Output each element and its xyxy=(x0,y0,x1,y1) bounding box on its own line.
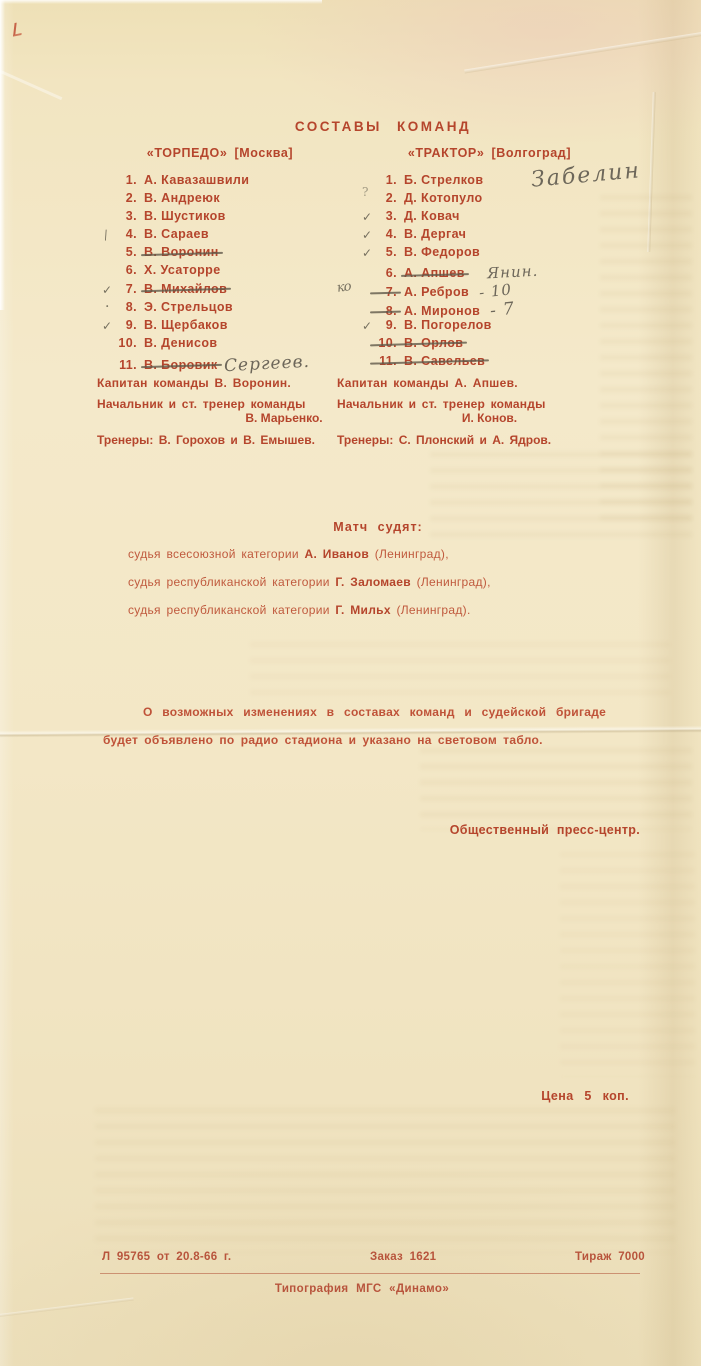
player-entry: 4.В. Сараев xyxy=(113,227,209,241)
player-row: ко7.А. Ребров- 10 xyxy=(373,282,642,300)
player-row: 11.В. Савельев xyxy=(373,354,642,372)
show-through-smudge xyxy=(250,642,670,697)
player-number: 4. xyxy=(113,227,137,241)
player-name: Д. Котопуло xyxy=(404,191,483,205)
player-row: 3.В. Шустиков xyxy=(113,209,343,227)
referee-line: судья республиканской категории Г. Залом… xyxy=(128,576,701,589)
pencil-question-mark: ? xyxy=(362,185,369,199)
player-row: 8.А. Миронов- 7 xyxy=(373,300,642,318)
team-name-traktor: «ТРАКТОР» [Волгоград] xyxy=(337,146,642,160)
player-entry: 10.В. Денисов xyxy=(113,336,218,350)
pencil-check-mark: ✓ xyxy=(362,210,372,224)
player-row: ✓5.В. Федоров xyxy=(373,245,642,263)
player-row: ✓4.В. Дергач xyxy=(373,227,642,245)
player-row: 6.Х. Усаторре xyxy=(113,263,343,281)
player-entry: 1.А. Кавазашвили xyxy=(113,173,249,187)
player-entry: 1.Б. Стрелков xyxy=(373,173,483,187)
player-number: 3. xyxy=(373,209,397,223)
player-row: ✓3.Д. Ковач xyxy=(373,209,642,227)
player-number: 8. xyxy=(113,300,137,314)
player-name: В. Андреюк xyxy=(144,191,220,205)
player-number: 5. xyxy=(113,245,137,259)
notice-line-2: будет объявлено по радио стадиона и указ… xyxy=(103,726,643,754)
player-entry: 8.А. Миронов xyxy=(373,304,480,318)
referee-name: А. Иванов xyxy=(305,547,370,561)
player-name: В. Федоров xyxy=(404,245,480,259)
referee-city: (Ленинград), xyxy=(417,575,491,589)
referee-city: (Ленинград), xyxy=(375,547,449,561)
referee-line: судья всесоюзной категории А. Иванов (Ле… xyxy=(128,548,701,561)
player-entry: 9.В. Погорелов xyxy=(373,318,492,332)
price-label: Цена 5 коп. xyxy=(447,1089,629,1103)
referees-section: Матч судят: судья всесоюзной категории А… xyxy=(0,520,701,617)
referee-category: судья всесоюзной категории xyxy=(128,547,299,561)
imprint-print-run: Тираж 7000 xyxy=(575,1251,645,1263)
pencil-check-mark: ✓ xyxy=(102,283,112,297)
player-name: В. Шустиков xyxy=(144,209,226,223)
player-row: 11.В. БоровикСергеев. xyxy=(113,354,343,372)
player-entry: 5.В. Воронин xyxy=(113,245,219,259)
handwritten-note: - 10 xyxy=(478,280,513,301)
player-number: 3. xyxy=(113,209,137,223)
referee-name: Г. Мильх xyxy=(335,603,390,617)
player-number: 11. xyxy=(113,358,137,372)
player-row: ?2.Д. Котопуло xyxy=(373,191,642,209)
player-name: В. Сараев xyxy=(144,227,209,241)
referee-category: судья республиканской категории xyxy=(128,575,330,589)
handwritten-note: Сергеев. xyxy=(223,352,310,376)
player-name: А. Ребров xyxy=(404,285,469,299)
show-through-smudge xyxy=(560,852,695,1077)
player-number: 9. xyxy=(113,318,137,332)
team-column-traktor: «ТРАКТОР» [Волгоград] 1.Б. СтрелковЗабел… xyxy=(337,146,642,447)
page-title: СОСТАВЫ КОМАНД xyxy=(65,119,701,134)
player-row: 6.А. АпшевЯнин. xyxy=(373,263,642,281)
player-number: 2. xyxy=(113,191,137,205)
pencil-check-mark: ✓ xyxy=(102,319,112,333)
player-name: В. Боровик xyxy=(144,358,218,372)
scan-edge xyxy=(0,0,322,4)
pencil-bar-mark: | xyxy=(104,228,109,241)
player-name: В. Михайлов xyxy=(144,282,227,296)
corner-ink-mark xyxy=(13,21,23,36)
player-name: Д. Ковач xyxy=(404,209,460,223)
player-row: ✓7.В. Михайлов xyxy=(113,282,343,300)
referees-heading: Матч судят: xyxy=(0,520,701,534)
show-through-smudge xyxy=(420,748,692,830)
paper-crease xyxy=(464,30,701,73)
player-row: 5.В. Воронин xyxy=(113,245,343,263)
imprint-order-number: Заказ 1621 xyxy=(370,1251,436,1263)
player-number: 1. xyxy=(373,173,397,187)
scan-edge xyxy=(0,0,5,310)
player-name: А. Апшев xyxy=(404,266,465,280)
player-number: 7. xyxy=(373,285,397,299)
referee-category: судья республиканской категории xyxy=(128,603,330,617)
player-name: В. Орлов xyxy=(404,336,463,350)
player-entry: 6.Х. Усаторре xyxy=(113,263,221,277)
player-name: В. Дергач xyxy=(404,227,466,241)
player-row: |4.В. Сараев xyxy=(113,227,343,245)
player-name: Х. Усаторре xyxy=(144,263,221,277)
handwritten-note: Забелин xyxy=(530,158,642,192)
imprint-divider xyxy=(100,1273,640,1274)
player-name: В. Погорелов xyxy=(404,318,492,332)
player-number: 10. xyxy=(373,336,397,350)
handwritten-note: Янин. xyxy=(486,262,538,283)
player-entry: 11.В. Савельев xyxy=(373,354,485,368)
player-entry: 2.Д. Котопуло xyxy=(373,191,483,205)
player-name: В. Воронин xyxy=(144,245,219,259)
notice-line-1: О возможных изменениях в составах команд… xyxy=(103,698,643,726)
player-entry: 5.В. Федоров xyxy=(373,245,480,259)
player-row: 2.В. Андреюк xyxy=(113,191,343,209)
player-entry: 6.А. Апшев xyxy=(373,266,465,280)
imprint-code: Л 95765 от 20.8-66 г. xyxy=(102,1251,231,1263)
player-entry: 11.В. Боровик xyxy=(113,358,218,372)
player-row: ✓9.В. Щербаков xyxy=(113,318,343,336)
player-number: 6. xyxy=(113,263,137,277)
player-entry: 8.Э. Стрельцов xyxy=(113,300,233,314)
player-name: В. Денисов xyxy=(144,336,218,350)
player-number: 5. xyxy=(373,245,397,259)
referee-city: (Ленинград). xyxy=(396,603,470,617)
captain-line: Капитан команды В. Воронин. xyxy=(97,376,343,390)
player-list-torpedo: 1.А. Кавазашвили2.В. Андреюк3.В. Шустико… xyxy=(97,173,343,372)
player-number: 11. xyxy=(373,354,397,368)
team-name-torpedo: «ТОРПЕДО» [Москва] xyxy=(97,146,343,160)
player-entry: 7.А. Ребров xyxy=(373,285,469,299)
player-number: 6. xyxy=(373,266,397,280)
player-row: 1.А. Кавазашвили xyxy=(113,173,343,191)
coaches-line: Тренеры: С. Плонский и А. Ядров. xyxy=(337,433,642,447)
player-row: 10.В. Орлов xyxy=(373,336,642,354)
player-list-traktor: 1.Б. СтрелковЗабелин?2.Д. Котопуло✓3.Д. … xyxy=(337,173,642,372)
manager-name: В. Марьенко. xyxy=(97,411,343,425)
player-number: 10. xyxy=(113,336,137,350)
player-number: 2. xyxy=(373,191,397,205)
manager-name: И. Конов. xyxy=(337,411,642,425)
player-number: 8. xyxy=(373,304,397,318)
pencil-dot-mark: · xyxy=(105,299,110,315)
player-entry: 3.Д. Ковач xyxy=(373,209,460,223)
pencil-check-mark: ✓ xyxy=(362,319,372,333)
player-name: В. Щербаков xyxy=(144,318,228,332)
player-name: А. Кавазашвили xyxy=(144,173,249,187)
player-entry: 9.В. Щербаков xyxy=(113,318,228,332)
player-row: 1.Б. СтрелковЗабелин xyxy=(373,173,642,191)
referee-name: Г. Заломаев xyxy=(335,575,411,589)
player-name: А. Миронов xyxy=(404,304,480,318)
player-name: Б. Стрелков xyxy=(404,173,483,187)
captain-line: Капитан команды А. Апшев. xyxy=(337,376,642,390)
paper-crease xyxy=(0,1297,134,1317)
team-column-torpedo: «ТОРПЕДО» [Москва] 1.А. Кавазашвили2.В. … xyxy=(97,146,343,447)
player-entry: 3.В. Шустиков xyxy=(113,209,226,223)
player-entry: 2.В. Андреюк xyxy=(113,191,220,205)
printing-house-line: Типография МГС «Динамо» xyxy=(100,1283,624,1295)
pencil-check-mark: ✓ xyxy=(362,228,372,242)
imprint-row: Л 95765 от 20.8-66 г. Заказ 1621 Тираж 7… xyxy=(102,1251,645,1263)
player-row: ✓9.В. Погорелов xyxy=(373,318,642,336)
player-row: ·8.Э. Стрельцов xyxy=(113,300,343,318)
player-entry: 10.В. Орлов xyxy=(373,336,463,350)
coaches-line: Тренеры: В. Горохов и В. Емышев. xyxy=(97,433,343,447)
scanned-match-programme-page: СОСТАВЫ КОМАНД «ТОРПЕДО» [Москва] 1.А. К… xyxy=(0,0,701,1366)
pencil-scribble-mark: ко xyxy=(336,279,352,296)
player-number: 7. xyxy=(113,282,137,296)
referee-line: судья республиканской категории Г. Мильх… xyxy=(128,604,701,617)
show-through-smudge xyxy=(95,1108,675,1253)
player-number: 1. xyxy=(113,173,137,187)
paper-crease xyxy=(647,92,656,252)
player-number: 4. xyxy=(373,227,397,241)
player-name: Э. Стрельцов xyxy=(144,300,233,314)
pencil-check-mark: ✓ xyxy=(362,246,372,260)
changes-notice: О возможных изменениях в составах команд… xyxy=(103,698,643,754)
press-center-signature: Общественный пресс-центр. xyxy=(440,823,640,837)
player-entry: 4.В. Дергач xyxy=(373,227,466,241)
manager-line: Начальник и ст. тренер команды xyxy=(337,397,642,411)
player-entry: 7.В. Михайлов xyxy=(113,282,227,296)
manager-line: Начальник и ст. тренер команды xyxy=(97,397,343,411)
paper-crease xyxy=(0,67,62,100)
player-name: В. Савельев xyxy=(404,354,485,368)
player-number: 9. xyxy=(373,318,397,332)
